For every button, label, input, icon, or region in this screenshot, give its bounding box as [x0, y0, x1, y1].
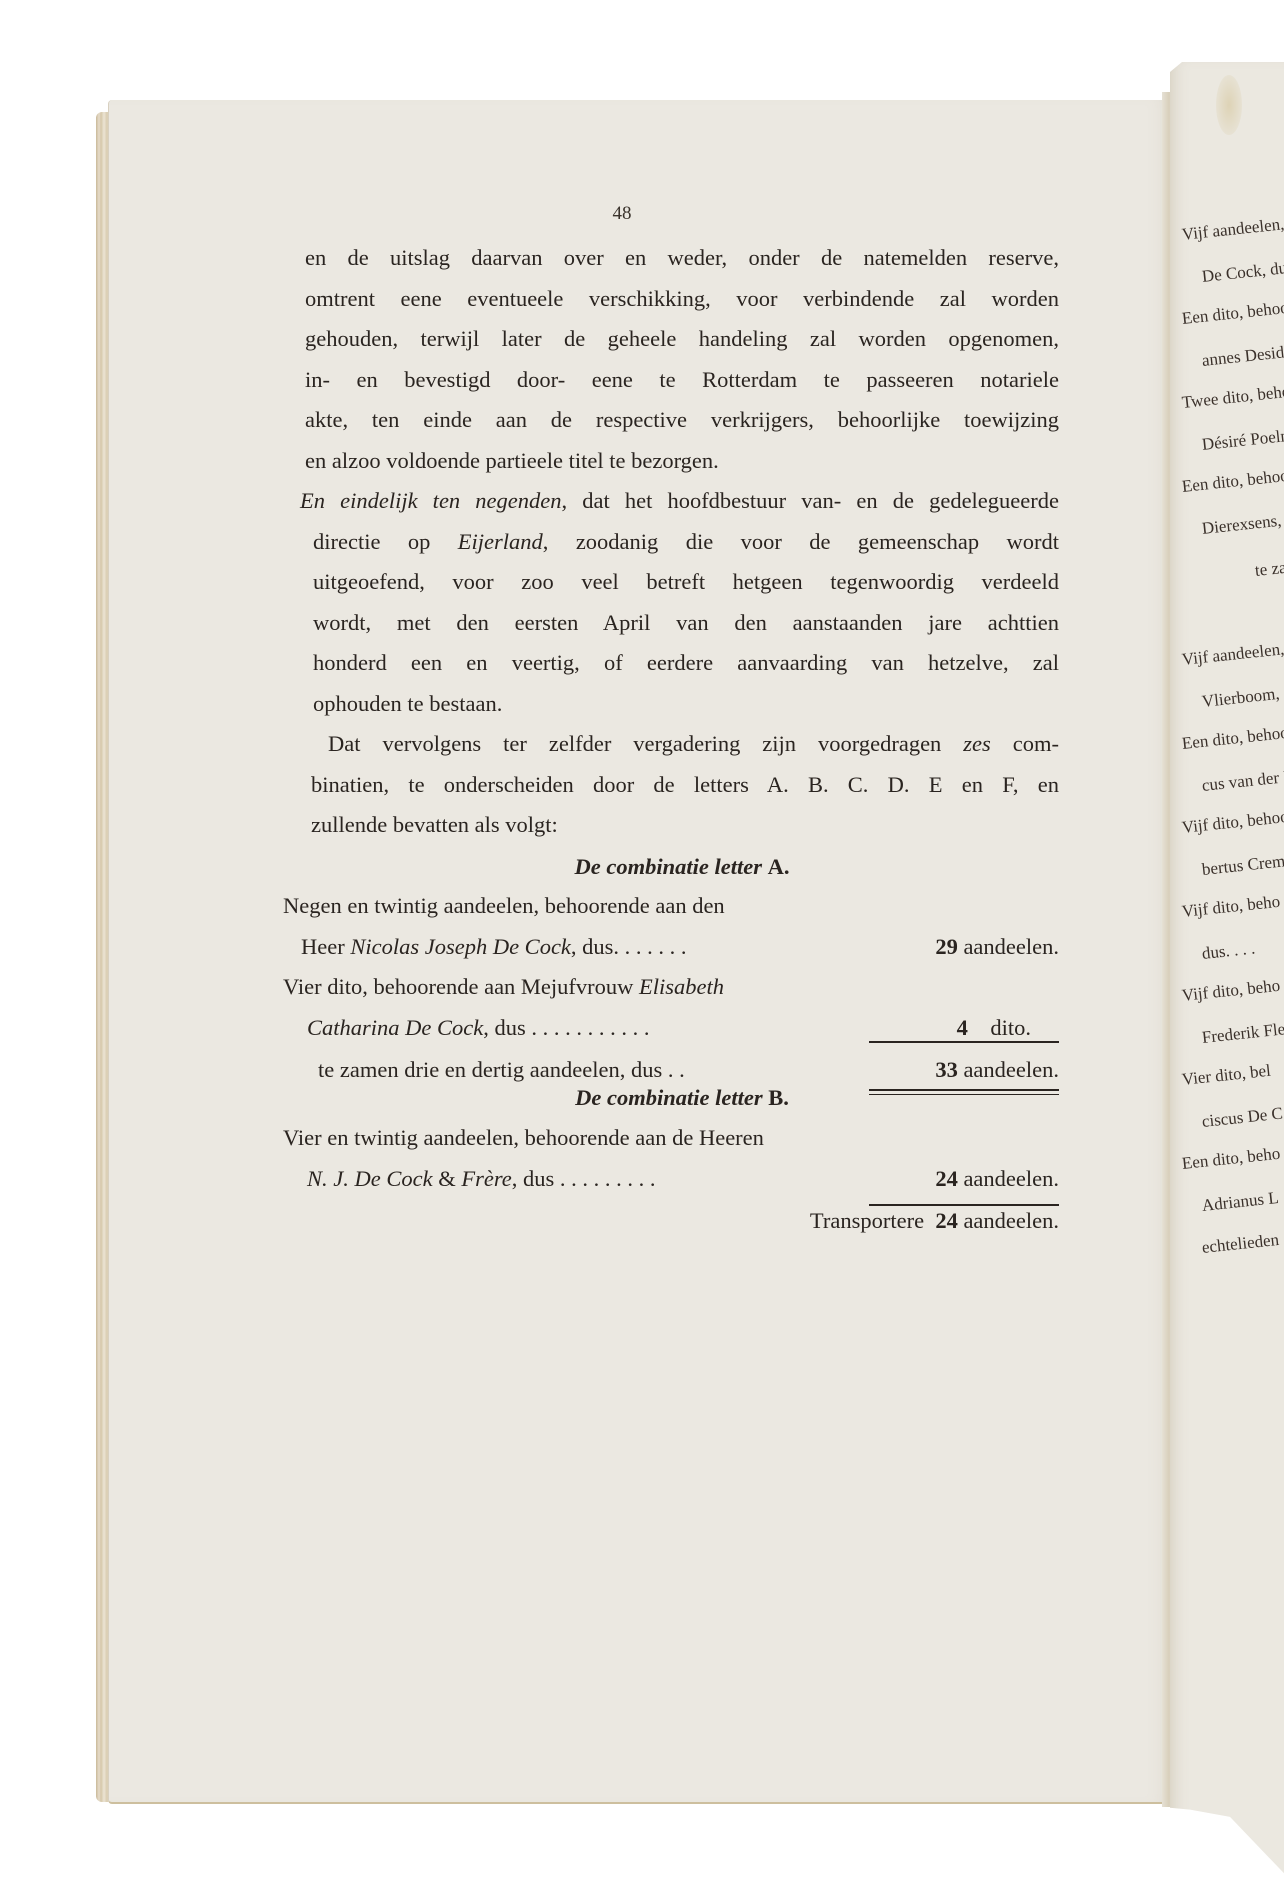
combination-b-heading: De combinatie letter B. — [305, 1078, 1059, 1119]
text-line: annes Desiderius E — [1201, 337, 1284, 371]
entry-text: Negen en twintig aandeelen, behoorende a… — [283, 886, 725, 927]
text-line: Vijf aandeelen, beho — [1181, 210, 1284, 245]
entry-text: Vier en twintig aandeelen, behoorende aa… — [283, 1118, 764, 1159]
text-line: ciscus De C — [1201, 1104, 1284, 1132]
combination-a-entries: Negen en twintig aandeelen, behoorende a… — [283, 886, 1059, 1091]
paragraph-2-cont: directie op Eijerland, zoodanig die voor… — [313, 522, 1059, 725]
amount-number: 4 — [957, 1015, 968, 1040]
amount: 29 aandeelen. — [935, 927, 1059, 968]
text-line: honderd een en veertig, of eerdere aanva… — [313, 643, 1059, 684]
text-line: Dierexsens, dus — [1201, 508, 1284, 539]
paragraph-3-cont: binatien, te onderscheiden door de lette… — [311, 765, 1059, 846]
ampersand: & — [433, 1166, 462, 1191]
entry-text: N. J. De Cock & Frère, dus . . . . . . .… — [307, 1159, 656, 1200]
text-run: Vier dito, behoorende aan Mejufvrouw — [283, 974, 639, 999]
text-line: dus. . . . — [1201, 938, 1256, 963]
text-line: Vier dito, bel — [1181, 1061, 1272, 1090]
carry-amount: Transportere 24 aandeelen. — [810, 1201, 1059, 1242]
italic-lead: En eindelijk ten negenden — [300, 488, 562, 513]
entry-line: Vier dito, behoorende aan Mejufvrouw Eli… — [283, 967, 1059, 1008]
text-run: directie op — [313, 529, 458, 554]
text-line: echtelieden — [1201, 1230, 1280, 1258]
amount-unit: aandeelen. — [963, 1208, 1059, 1233]
text-line: Een dito, behooren — [1181, 464, 1284, 497]
text-run: Dat vervolgens ter zelfder vergadering z… — [328, 731, 963, 756]
text-line: bertus Cremer — [1201, 850, 1284, 880]
entry-line: N. J. De Cock & Frère, dus . . . . . . .… — [283, 1159, 1059, 1200]
carry-label: Transportere — [810, 1208, 924, 1233]
text-line: Désiré Poelman, — [1201, 423, 1284, 455]
text-line: wordt, met den eersten April van den aan… — [313, 603, 1059, 644]
text-line: zullende bevatten als volgt: — [311, 805, 1059, 846]
text-line: in- en bevestigd door- eene te Rotterdam… — [305, 360, 1059, 401]
text-line: Twee dito, behoor — [1181, 380, 1284, 413]
text-line: Frederik Fle — [1201, 1019, 1284, 1048]
carry-line: Transportere 24 aandeelen. — [283, 1201, 1059, 1242]
text-line: Adrianus L — [1201, 1188, 1280, 1216]
amount: 24 aandeelen. — [935, 1159, 1059, 1200]
page-number: 48 — [0, 203, 1284, 225]
text-line: Dat vervolgens ter zelfder vergadering z… — [328, 724, 1059, 765]
text-line: cus van der I — [1201, 767, 1284, 796]
paper-stain — [1216, 75, 1242, 135]
entry-text: Catharina De Cock, dus . . . . . . . . .… — [307, 1008, 650, 1049]
text-line: binatien, te onderscheiden door de lette… — [311, 765, 1059, 806]
paragraph-2: En eindelijk ten negenden, dat het hoofd… — [300, 481, 1059, 522]
entry-line: Vier en twintig aandeelen, behoorende aa… — [283, 1118, 1059, 1159]
heading-letter: A. — [768, 854, 790, 879]
text-line: Een dito, behooren — [1181, 296, 1284, 329]
text-line: uitgeoefend, voor zoo veel betreft hetge… — [313, 562, 1059, 603]
entry-text: Vier dito, behoorende aan Mejufvrouw Eli… — [283, 967, 724, 1008]
heading-letter: B. — [768, 1085, 789, 1110]
company-name: N. J. De Cock — [307, 1166, 433, 1191]
text-line: Vijf dito, behoo — [1181, 807, 1284, 838]
amount-number: 24 — [935, 1208, 958, 1233]
right-page-text: Vijf aandeelen, beho De Cock, dus. . Een… — [1180, 205, 1284, 1585]
text-run: Heer — [301, 934, 350, 959]
paragraph-3: Dat vervolgens ter zelfder vergadering z… — [328, 724, 1059, 765]
text-line: gehouden, terwijl later de geheele hande… — [305, 319, 1059, 360]
text-line: Een dito, behoor — [1181, 722, 1284, 754]
entry-text: Heer Nicolas Joseph De Cock, dus. . . . … — [301, 927, 687, 968]
text-run: , dus. . . . . . . — [571, 934, 687, 959]
text-line: Een dito, beho — [1181, 1144, 1281, 1174]
italic-word: zes — [963, 731, 991, 756]
text-line: en de uitslag daarvan over en weder, ond… — [305, 238, 1059, 279]
entry-line: Heer Nicolas Joseph De Cock, dus. . . . … — [283, 927, 1059, 968]
heading-line: De combinatie letter A. — [305, 847, 1059, 888]
text-line: directie op Eijerland, zoodanig die voor… — [313, 522, 1059, 563]
amount-unit: dito. — [990, 1015, 1031, 1040]
combination-a-heading: De combinatie letter A. — [305, 847, 1059, 888]
person-name: Elisabeth — [639, 974, 724, 999]
amount-number: 24 — [935, 1166, 958, 1191]
combination-b-entries: Vier en twintig aandeelen, behoorende aa… — [283, 1118, 1059, 1242]
text-run: , dus . . . . . . . . . — [512, 1166, 656, 1191]
heading-line: De combinatie letter B. — [305, 1078, 1059, 1119]
amount-unit: aandeelen. — [963, 934, 1059, 959]
heading-text: De combinatie letter — [575, 854, 762, 879]
person-name: Nicolas Joseph De Cock — [350, 934, 571, 959]
text-line: Vijf dito, beho — [1181, 976, 1281, 1006]
text-line: De Cock, dus. . — [1201, 256, 1284, 287]
text-run: , zoodanig die voor de gemeenschap wordt — [543, 529, 1059, 554]
text-run: , dus . . . . . . . . . . . — [483, 1015, 649, 1040]
text-line: Vijf aandeelen, b — [1181, 638, 1284, 670]
text-line: ophouden te bestaan. — [313, 684, 1059, 725]
text-line: Vlierboom, du — [1201, 682, 1284, 712]
person-name: Catharina De Cock — [307, 1015, 483, 1040]
heading-text: De combinatie letter — [575, 1085, 762, 1110]
text-line: te zar — [1254, 557, 1284, 581]
entry-line: Negen en twintig aandeelen, behoorende a… — [283, 886, 1059, 927]
text-line: en alzoo voldoende partieele titel te be… — [305, 441, 1059, 482]
text-line: Vijf dito, beho — [1181, 892, 1281, 922]
text-line: akte, ten einde aan de respective verkri… — [305, 400, 1059, 441]
subtotal-rule — [869, 1041, 1059, 1043]
amount-unit: aandeelen. — [963, 1166, 1059, 1191]
company-name: Frère — [461, 1166, 511, 1191]
text-run: com- — [991, 731, 1059, 756]
place-name: Eijerland — [458, 529, 543, 554]
amount-number: 29 — [935, 934, 958, 959]
text-run: , dat het hoofdbestuur van- en de gedele… — [562, 488, 1060, 513]
text-line: omtrent eene eventueele verschikking, vo… — [305, 279, 1059, 320]
paragraph-1: en de uitslag daarvan over en weder, ond… — [305, 238, 1059, 481]
text-line: En eindelijk ten negenden, dat het hoofd… — [300, 481, 1059, 522]
